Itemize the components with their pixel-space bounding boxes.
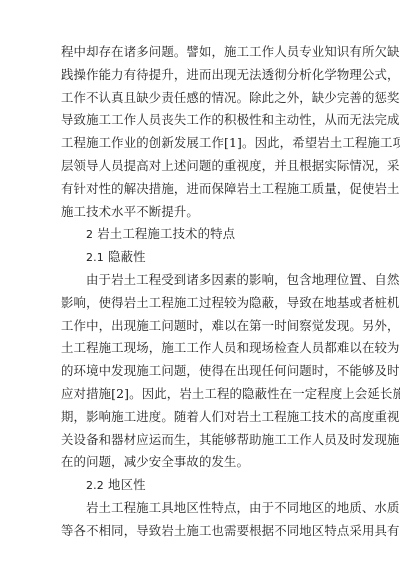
section-number: 2.2 [86, 479, 104, 492]
section-number: 2.1 [86, 251, 104, 264]
paragraph-concealment: 由于岩土工程受到诸多因素的影响，包含地理位置、自然环境等 影响，使得岩土工程施工… [61, 269, 335, 474]
text-line: 的环境中发现施工问题，使得在出现任何问题时，不能够及时提出 [61, 360, 335, 383]
text-line: 应对措施[2]。因此，岩土工程的隐蔽性在一定程度上会延长施工周 [61, 383, 335, 406]
section-number: 2 [86, 228, 93, 241]
text-line: 工作中，出现施工问题时，难以在第一时间察觉发现。另外，在岩 [61, 315, 335, 338]
text-line: 土工程施工现场，施工工作人员和现场检查人员都难以在较为隐蔽 [61, 337, 335, 360]
text-line: 期，影响施工进度。随着人们对岩土工程施工技术的高度重视，相 [61, 406, 335, 429]
text-line: 在的问题，减少安全事故的发生。 [61, 451, 335, 474]
text-line: 导致施工工作人员丧失工作的积极性和主动性，从而无法完成岩土 [61, 109, 335, 132]
text-line: 工程施工作业的创新发展工作[1]。因此，希望岩土工程施工项目高 [61, 132, 335, 155]
text-line: 影响，使得岩土工程施工过程较为隐蔽，导致在地基或者桩机处理 [61, 292, 335, 315]
text-line: 等各不相同，导致岩土施工也需要根据不同地区特点采用具有针对 [61, 520, 335, 543]
text-line: 程中却存在诸多问题。譬如，施工工作人员专业知识有所欠缺，实 [61, 41, 335, 64]
text-line: 由于岩土工程受到诸多因素的影响，包含地理位置、自然环境等 [61, 269, 335, 292]
text-line: 践操作能力有待提升，进而出现无法透彻分析化学物理公式，对待 [61, 64, 335, 87]
section-title: 地区性 [108, 477, 146, 492]
section-heading-2-1: 2.1 隐蔽性 [61, 246, 335, 269]
text-line: 层领导人员提高对上述问题的重视度，并且根据实际情况，采取具 [61, 155, 335, 178]
text-line: 岩土工程施工具地区性特点，由于不同地区的地质、水质、气候 [61, 497, 335, 520]
section-title: 岩土工程施工技术的特点 [97, 226, 235, 241]
section-heading-2-2: 2.2 地区性 [61, 474, 335, 497]
paragraph-regionality: 岩土工程施工具地区性特点，由于不同地区的地质、水质、气候 等各不相同，导致岩土施… [61, 497, 335, 543]
section-title: 隐蔽性 [108, 249, 146, 264]
document-page: 程中却存在诸多问题。譬如，施工工作人员专业知识有所欠缺，实 践操作能力有待提升，… [0, 0, 400, 566]
text-line: 关设备和器材应运而生，其能够帮助施工工作人员及时发现施工存 [61, 429, 335, 452]
text-line: 施工技术水平不断提升。 [61, 201, 335, 224]
document-body: 程中却存在诸多问题。譬如，施工工作人员专业知识有所欠缺，实 践操作能力有待提升，… [61, 41, 335, 543]
text-line: 有针对性的解决措施，进而保障岩土工程施工质量，促使岩土工程 [61, 178, 335, 201]
section-heading-2: 2 岩土工程施工技术的特点 [61, 223, 335, 246]
paragraph-continuation: 程中却存在诸多问题。譬如，施工工作人员专业知识有所欠缺，实 践操作能力有待提升，… [61, 41, 335, 223]
text-line: 工作不认真且缺少责任感的情况。除此之外，缺少完善的惩奖制度， [61, 87, 335, 110]
